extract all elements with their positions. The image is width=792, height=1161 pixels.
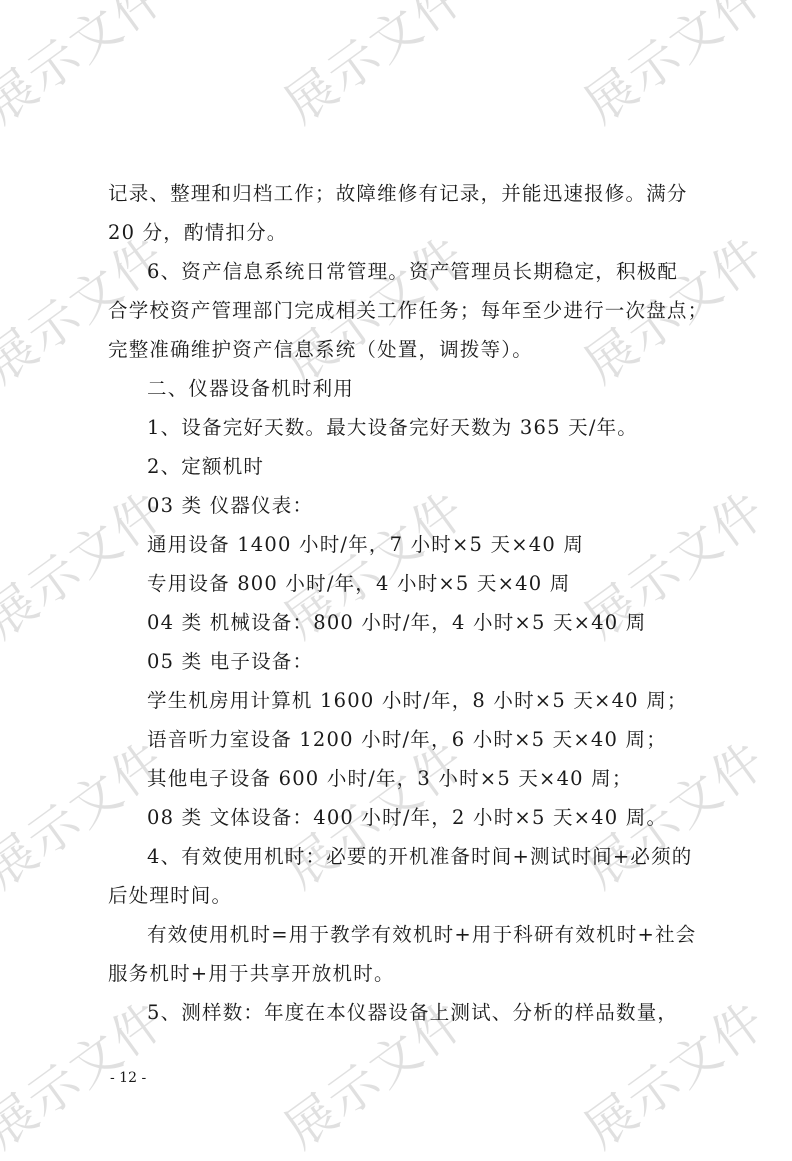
body-line-1: 记录、整理和归档工作；故障维修有记录，并能迅速报修。满分 — [108, 182, 688, 206]
list-item-2: 2、定额机时 — [147, 455, 264, 479]
body-line-4: 合学校资产管理部门完成相关工作任务；每年至少进行一次盘点； — [108, 299, 708, 323]
category-08: 08 类 文体设备：400 小时/年，2 小时×5 天×40 周。 — [147, 806, 667, 830]
watermark-text: 展示文件 — [268, 0, 479, 137]
body-line-19: 后处理时间。 — [108, 884, 232, 908]
section-item-6: 6、资产信息系统日常管理。资产管理员长期稳定，积极配 — [147, 260, 678, 284]
category-03: 03 类 仪器仪表： — [147, 494, 313, 518]
category-05-language-lab: 语音听力室设备 1200 小时/年，6 小时×5 天×40 周； — [147, 728, 667, 752]
body-line-2: 20 分，酌情扣分。 — [108, 221, 288, 245]
list-item-1: 1、设备完好天数。最大设备完好天数为 365 天/年。 — [147, 416, 638, 440]
page-number: - 12 - — [110, 1070, 146, 1086]
category-05: 05 类 电子设备： — [147, 650, 313, 674]
list-item-4: 4、有效使用机时：必要的开机准备时间+测试时间+必须的 — [147, 845, 693, 869]
category-03-general: 通用设备 1400 小时/年，7 小时×5 天×40 周 — [147, 533, 584, 557]
body-line-5: 完整准确维护资产信息系统（处置，调拨等）。 — [108, 338, 533, 362]
watermark-text: 展示文件 — [568, 0, 779, 137]
category-03-special: 专用设备 800 小时/年，4 小时×5 天×40 周 — [147, 572, 571, 596]
list-item-5: 5、测样数：年度在本仪器设备上测试、分析的样品数量， — [147, 1001, 678, 1025]
category-05-computer-lab: 学生机房用计算机 1600 小时/年，8 小时×5 天×40 周； — [147, 689, 688, 713]
watermark-text: 展示文件 — [0, 0, 178, 137]
category-04: 04 类 机械设备：800 小时/年，4 小时×5 天×40 周 — [147, 611, 647, 635]
category-05-other: 其他电子设备 600 小时/年，3 小时×5 天×40 周； — [147, 767, 633, 791]
formula-line: 有效使用机时=用于教学有效机时+用于科研有效机时+社会 — [147, 923, 696, 947]
document-page: 展示文件展示文件展示文件展示文件展示文件展示文件展示文件展示文件展示文件展示文件… — [0, 0, 792, 1161]
section-heading-2: 二、仪器设备机时利用 — [147, 377, 354, 401]
body-line-21: 服务机时+用于共享开放机时。 — [108, 962, 395, 986]
